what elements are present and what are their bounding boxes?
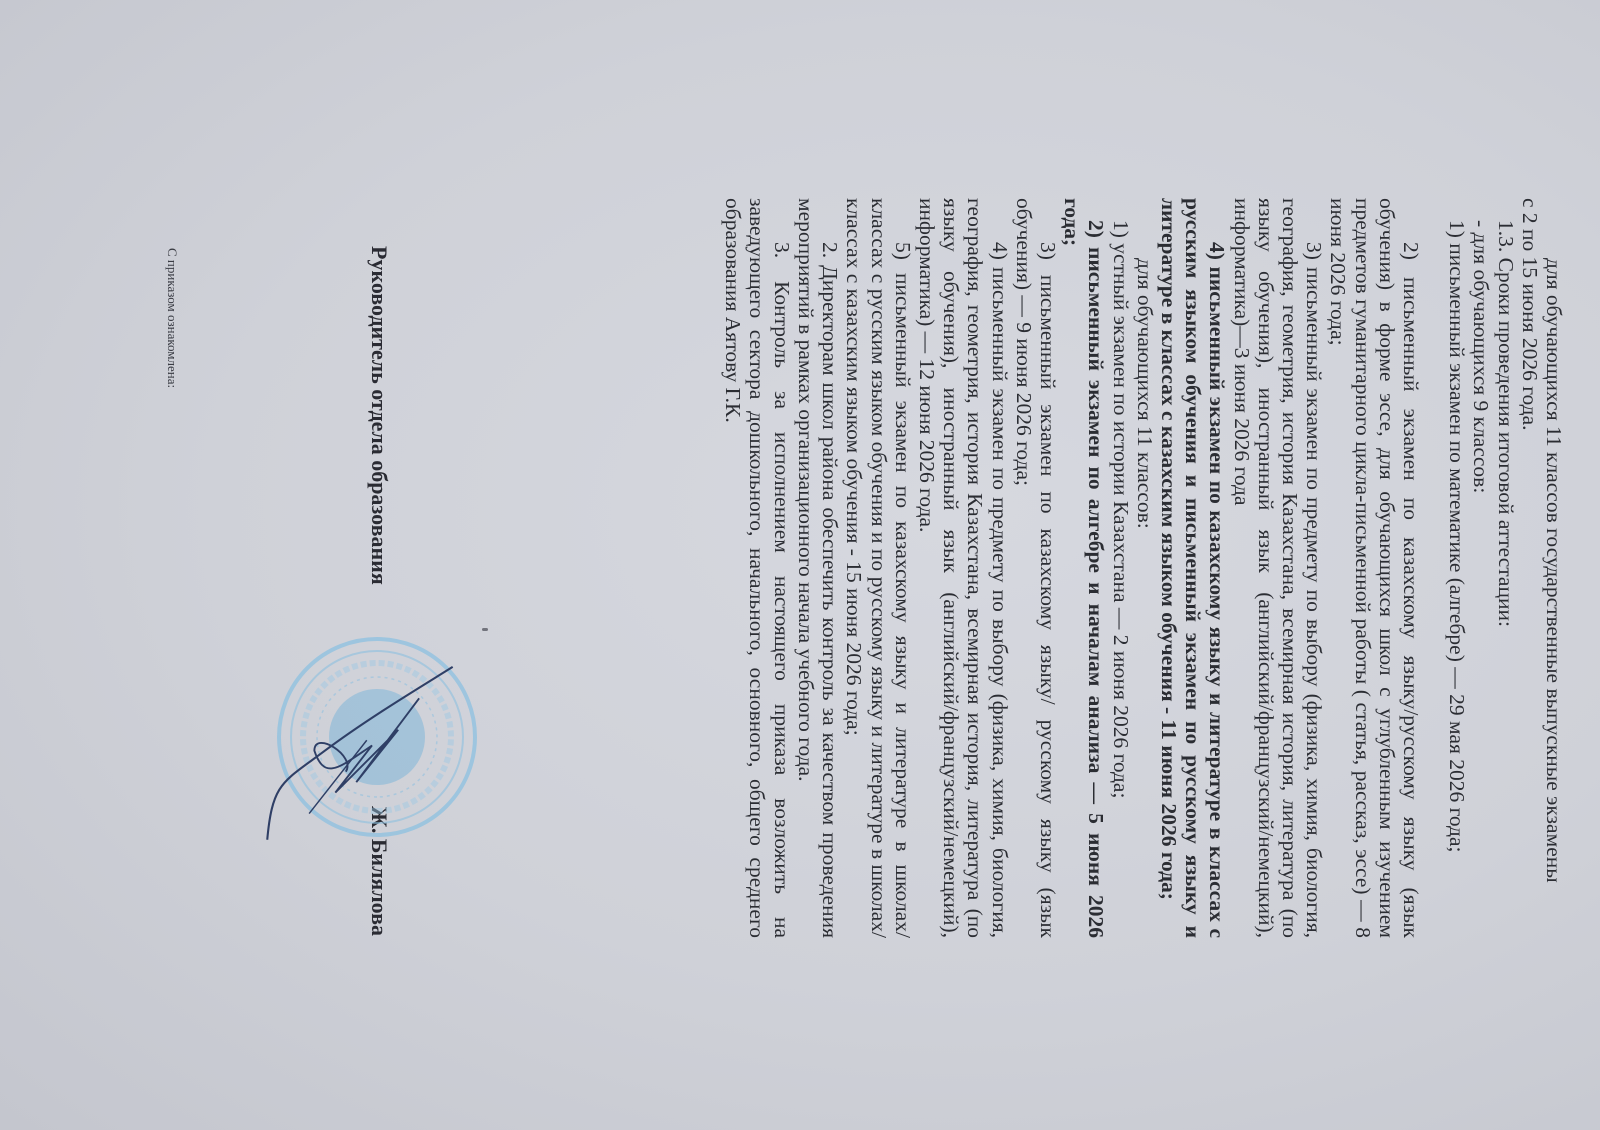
list-item-9-grades-4: 4) письменный экзамен по казахскому язык… <box>1157 198 1230 938</box>
list-item-11-grades-5: 5) письменный экзамен по казахскому язык… <box>842 198 915 938</box>
signatory-position: Руководитель отдела образования <box>366 246 392 585</box>
paragraph-11-grades-heading: для обучающихся 11 классов: <box>1133 198 1157 938</box>
paragraph-3-control: 3. Контроль за исполнением настоящего пр… <box>721 198 794 938</box>
acknowledgement-line: С приказом ознакомлена: <box>164 248 180 388</box>
paragraph-2-directors: 2. Директорам школ района обеспечить кон… <box>794 198 842 938</box>
list-item-11-grades-3: 3) письменный экзамен по казахскому язык… <box>1012 198 1060 938</box>
list-item-9-grades-1: 1) письменный экзамен по математике (алг… <box>1445 198 1469 938</box>
list-item-9-grades-3: 3) письменный экзамен по предмету по выб… <box>1229 198 1326 938</box>
paragraph-11-grades-dates: с 2 по 15 июня 2026 года. <box>1518 198 1542 938</box>
list-item-11-grades-1: 1) устный экзамен по истории Казахстана … <box>1108 198 1132 938</box>
document-body: для обучающихся 11 классов государственн… <box>721 198 1566 938</box>
list-item-11-grades-4: 4) письменный экзамен по предмету по выб… <box>915 198 1012 938</box>
document-photo: для обучающихся 11 классов государственн… <box>0 0 1600 1130</box>
list-item-11-grades-2: 2) письменный экзамен по алгебре и начал… <box>1060 198 1108 938</box>
list-item-9-grades-2: 2) письменный экзамен по казахскому язык… <box>1326 198 1423 938</box>
ink-mark <box>482 628 488 631</box>
paragraph-9-grades-heading: - для обучающихся 9 классов: <box>1469 198 1493 938</box>
document-page: для обучающихся 11 классов государственн… <box>0 0 1600 1130</box>
paragraph-11-grades-exams: для обучающихся 11 классов государственн… <box>1542 198 1566 938</box>
section-1-3-heading: 1.3. Сроки проведения итоговой аттестаци… <box>1493 198 1517 938</box>
signature-icon <box>262 610 482 860</box>
